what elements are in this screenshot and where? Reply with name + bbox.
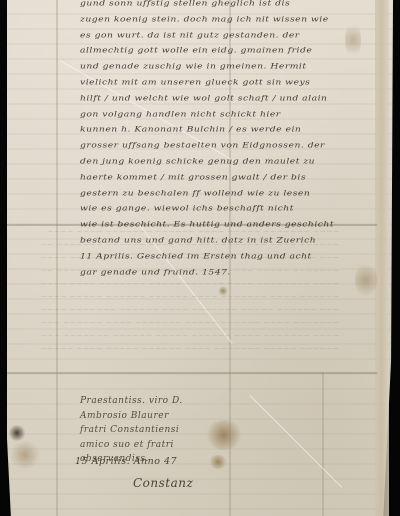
letter-line: vielicht mit am unseren glueck gott sin …	[80, 77, 334, 90]
letter-line: allmechtig gott wolle ein eidg. gmainen …	[80, 45, 334, 58]
letter-line: kunnen h. Kanonant Bulchin / es werde ei…	[80, 124, 334, 137]
signature: Constanz	[133, 476, 193, 490]
letter-line: hilft / und welcht wie wol golt schaft /…	[80, 92, 334, 105]
water-stain	[208, 455, 228, 469]
letter-line: bestand uns und gand hitt. datz in ist Z…	[80, 235, 334, 248]
letter-line: wie es gange. wiewol ichs beschafft nich…	[80, 203, 334, 216]
edge-stain	[355, 260, 377, 300]
water-stain	[10, 440, 40, 470]
letter-line: gund sonn uffstig stellen gheglich ist d…	[80, 0, 334, 10]
manuscript-photo: ~~~~ ~~~~~~~ ~~~~~ ~~~~ ~~~~~~ ~~~~~~~ ~…	[0, 0, 400, 516]
address-line: Praestantiss. viro D.	[80, 394, 183, 409]
letter-line: gar genade und fruind. 1547.	[80, 266, 334, 279]
letter-line: gon volgang handlen nicht schickt hier	[80, 108, 334, 121]
letter-line: grosser uffsang bestaelten von Eidgnosse…	[80, 140, 334, 153]
date-note: 15 Aprilis. Anno 47	[75, 456, 177, 467]
letter-line: wie ist beschicht. Es huttig und anders …	[80, 219, 334, 232]
letter-line: den jung koenig schicke genug den maulet…	[80, 156, 334, 169]
edge-stain	[345, 20, 361, 60]
letter-body: gund sonn uffstig stellen gheglich ist d…	[80, 0, 334, 280]
dark-stain	[8, 425, 26, 441]
letter-line: gestern zu beschalen ff wollend wie zu l…	[80, 187, 334, 200]
water-stain	[204, 420, 244, 450]
address-line: fratri Constantiensi	[80, 423, 183, 438]
address-line: Ambrosio Blaurer	[80, 409, 183, 424]
letter-line: zugen koenig stein. doch mag ich nit wis…	[80, 13, 334, 26]
letter-line: und genade zuschig wie in gmeinen. Hermi…	[80, 61, 334, 74]
vertical-fold-line-right	[322, 372, 324, 516]
paper-right-edge	[375, 0, 389, 516]
letter-line: haerte kommet / mit grossen gwalt / der …	[80, 171, 334, 184]
address-line: amico suo et fratri	[80, 438, 183, 453]
letter-line: 11 Aprilis. Geschied im Ersten thag und …	[80, 250, 334, 263]
letter-line: es gon wurt. da ist nit gutz gestanden. …	[80, 29, 334, 42]
